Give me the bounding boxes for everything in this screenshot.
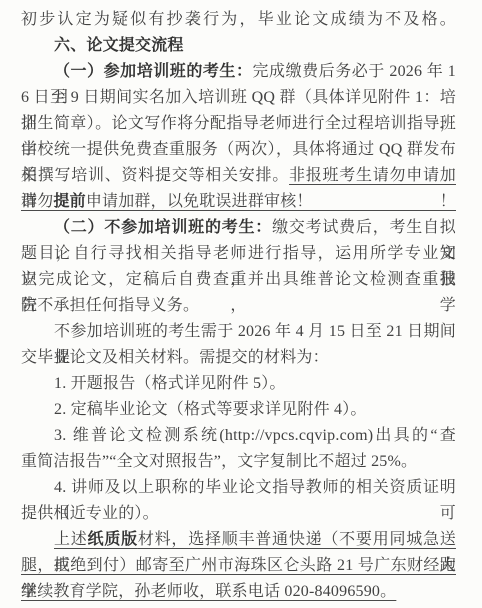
text-line: 初步认定为疑似有抄袭行为，毕业论文成绩为不及格。 <box>21 7 456 33</box>
text-segment: 继续教育学院，孙老师收，联系电话 020-84096590。 <box>21 583 396 600</box>
text-segment: 交毕业论文及相关材料。需提交的材料为： <box>21 349 329 366</box>
text-segment: 初步认定为疑似有抄袭行为，毕业论文成绩为不及格。 <box>21 11 456 28</box>
text-segment: 请勿 <box>21 193 53 210</box>
text-line: 关撰写培训、资料提交等相关安排。非报班考生请勿申请加群！ <box>21 163 456 189</box>
text-segment: （一）参加培训班的考生： <box>54 63 253 80</box>
text-line: 2. 定稿毕业论文（格式等要求详见附件 4）。 <box>21 397 456 423</box>
text-line: 不参加培训班的考生需于 2026 年 4 月 15 日至 21 日期间提 <box>21 319 456 345</box>
text-line: 立完成论文，定稿后自费查重并出具维普论文检测查重报告，学 <box>21 267 456 293</box>
text-line: 题目，自行寻找相关指导老师进行指导，运用所学专业知识，独 <box>21 241 456 267</box>
text-segment: 纸质版 <box>88 531 138 548</box>
text-line: 交毕业论文及相关材料。需提交的材料为： <box>21 345 456 371</box>
text-line: 继续教育学院，孙老师收，联系电话 020-84096590。 <box>21 579 456 605</box>
text-segment: 关撰写培训、资料提交等相关安排。 <box>21 167 289 184</box>
text-line: 学校统一提供免费查重服务（两次），具体将通过 QQ 群发布相 <box>21 137 456 163</box>
text-segment: 申请加群，以免耽误进群审核！ <box>86 193 313 210</box>
text-line: 腿，拒绝到付）邮寄至广州市海珠区仑头路 21 号广东财经大学 <box>21 553 456 579</box>
text-line: 1. 开题报告（格式详见附件 5）。 <box>21 371 456 397</box>
text-line: 重简洁报告”“全文对照报告”，文字复制比不超过 25%。 <box>21 449 456 475</box>
text-segment: 提供相近专业的）。 <box>21 505 159 522</box>
text-line: 招生简章）。论文写作将分配指导老师进行全过程培训指导，由 <box>21 111 456 137</box>
text-segment: 上述 <box>54 531 88 548</box>
document-page: 初步认定为疑似有抄袭行为，毕业论文成绩为不及格。六、论文提交流程（一）参加培训班… <box>0 0 482 608</box>
text-segment: 院不承担任何指导义务。 <box>21 297 199 314</box>
text-line: （一）参加培训班的考生：完成缴费后务必于 2026 年 1 月 <box>21 59 456 85</box>
document-body: 初步认定为疑似有抄袭行为，毕业论文成绩为不及格。六、论文提交流程（一）参加培训班… <box>21 7 456 605</box>
text-line: 六、论文提交流程 <box>21 33 456 59</box>
text-line: 4. 讲师及以上职称的毕业论文指导教师的相关资质证明（可 <box>21 475 456 501</box>
text-segment: 提前 <box>53 193 85 210</box>
text-line: （二）不参加培训班的考生：缴交考试费后，考生自拟论文 <box>21 215 456 241</box>
text-segment: 3. 维普论文检测系统(http://vpcs.cqvip.com)出具的“查 <box>54 427 456 444</box>
text-segment: 2. 定稿毕业论文（格式等要求详见附件 4）。 <box>54 401 367 418</box>
text-segment: 重简洁报告”“全文对照报告”，文字复制比不超过 25%。 <box>21 453 417 470</box>
text-segment: 1. 开题报告（格式详见附件 5）。 <box>54 375 286 392</box>
text-line: 6 日至 9 日期间实名加入培训班 QQ 群（具体详见附件 1：培训班 <box>21 85 456 111</box>
text-segment: 六、论文提交流程 <box>54 37 184 54</box>
text-line: 3. 维普论文检测系统(http://vpcs.cqvip.com)出具的“查 <box>21 423 456 449</box>
text-segment: （二）不参加培训班的考生： <box>54 219 272 236</box>
text-line: 上述纸质版材料，选择顺丰普通快递（不要用同城急送或跑 <box>21 527 456 553</box>
